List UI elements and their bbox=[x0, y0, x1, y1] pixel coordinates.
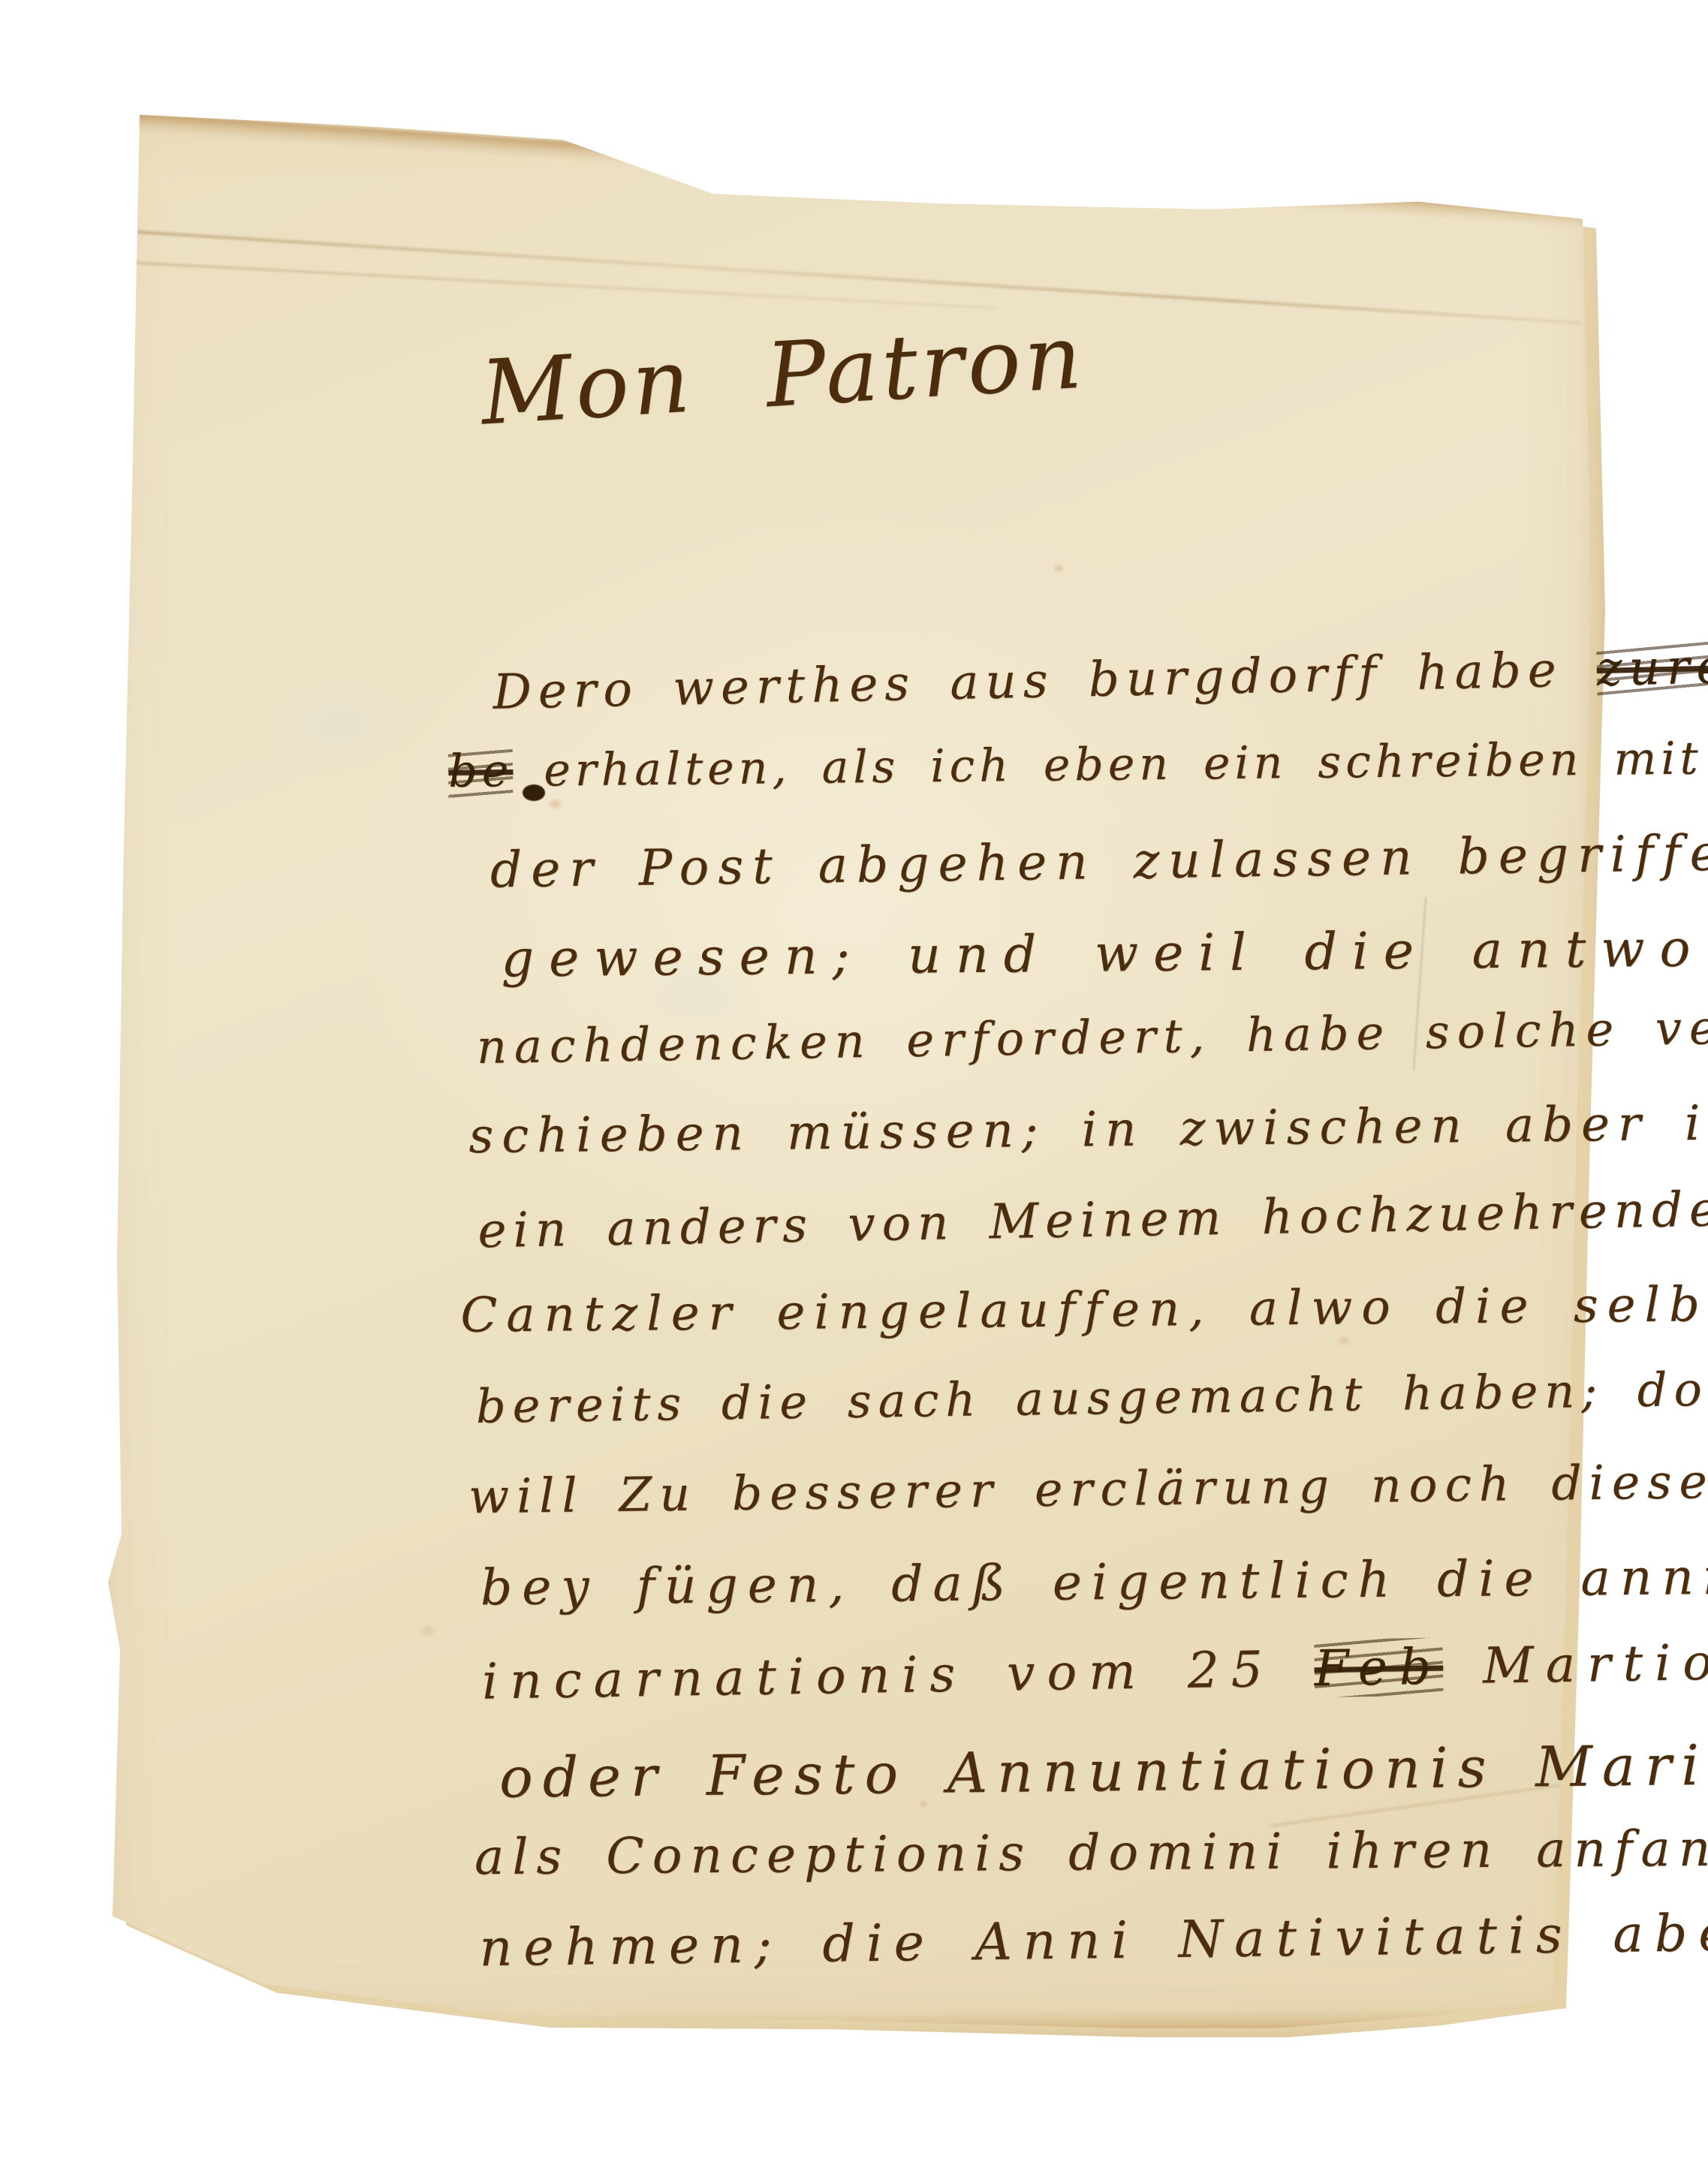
letter-line: nehmen; die Anni Nativitatis aber bbox=[321, 1856, 1708, 2028]
fold-crease bbox=[98, 260, 998, 309]
strikethrough-text: be bbox=[448, 745, 514, 798]
strikethrough-text: zurecht bbox=[1596, 637, 1708, 697]
browned-top-edge bbox=[66, 108, 1655, 233]
line-text: nehmen; die Anni Nativitatis aber bbox=[479, 1903, 1708, 1978]
fold-crease bbox=[113, 229, 1581, 324]
scan-background: Mon Patron Dero werthes aus burgdorff ha… bbox=[0, 0, 1708, 2162]
